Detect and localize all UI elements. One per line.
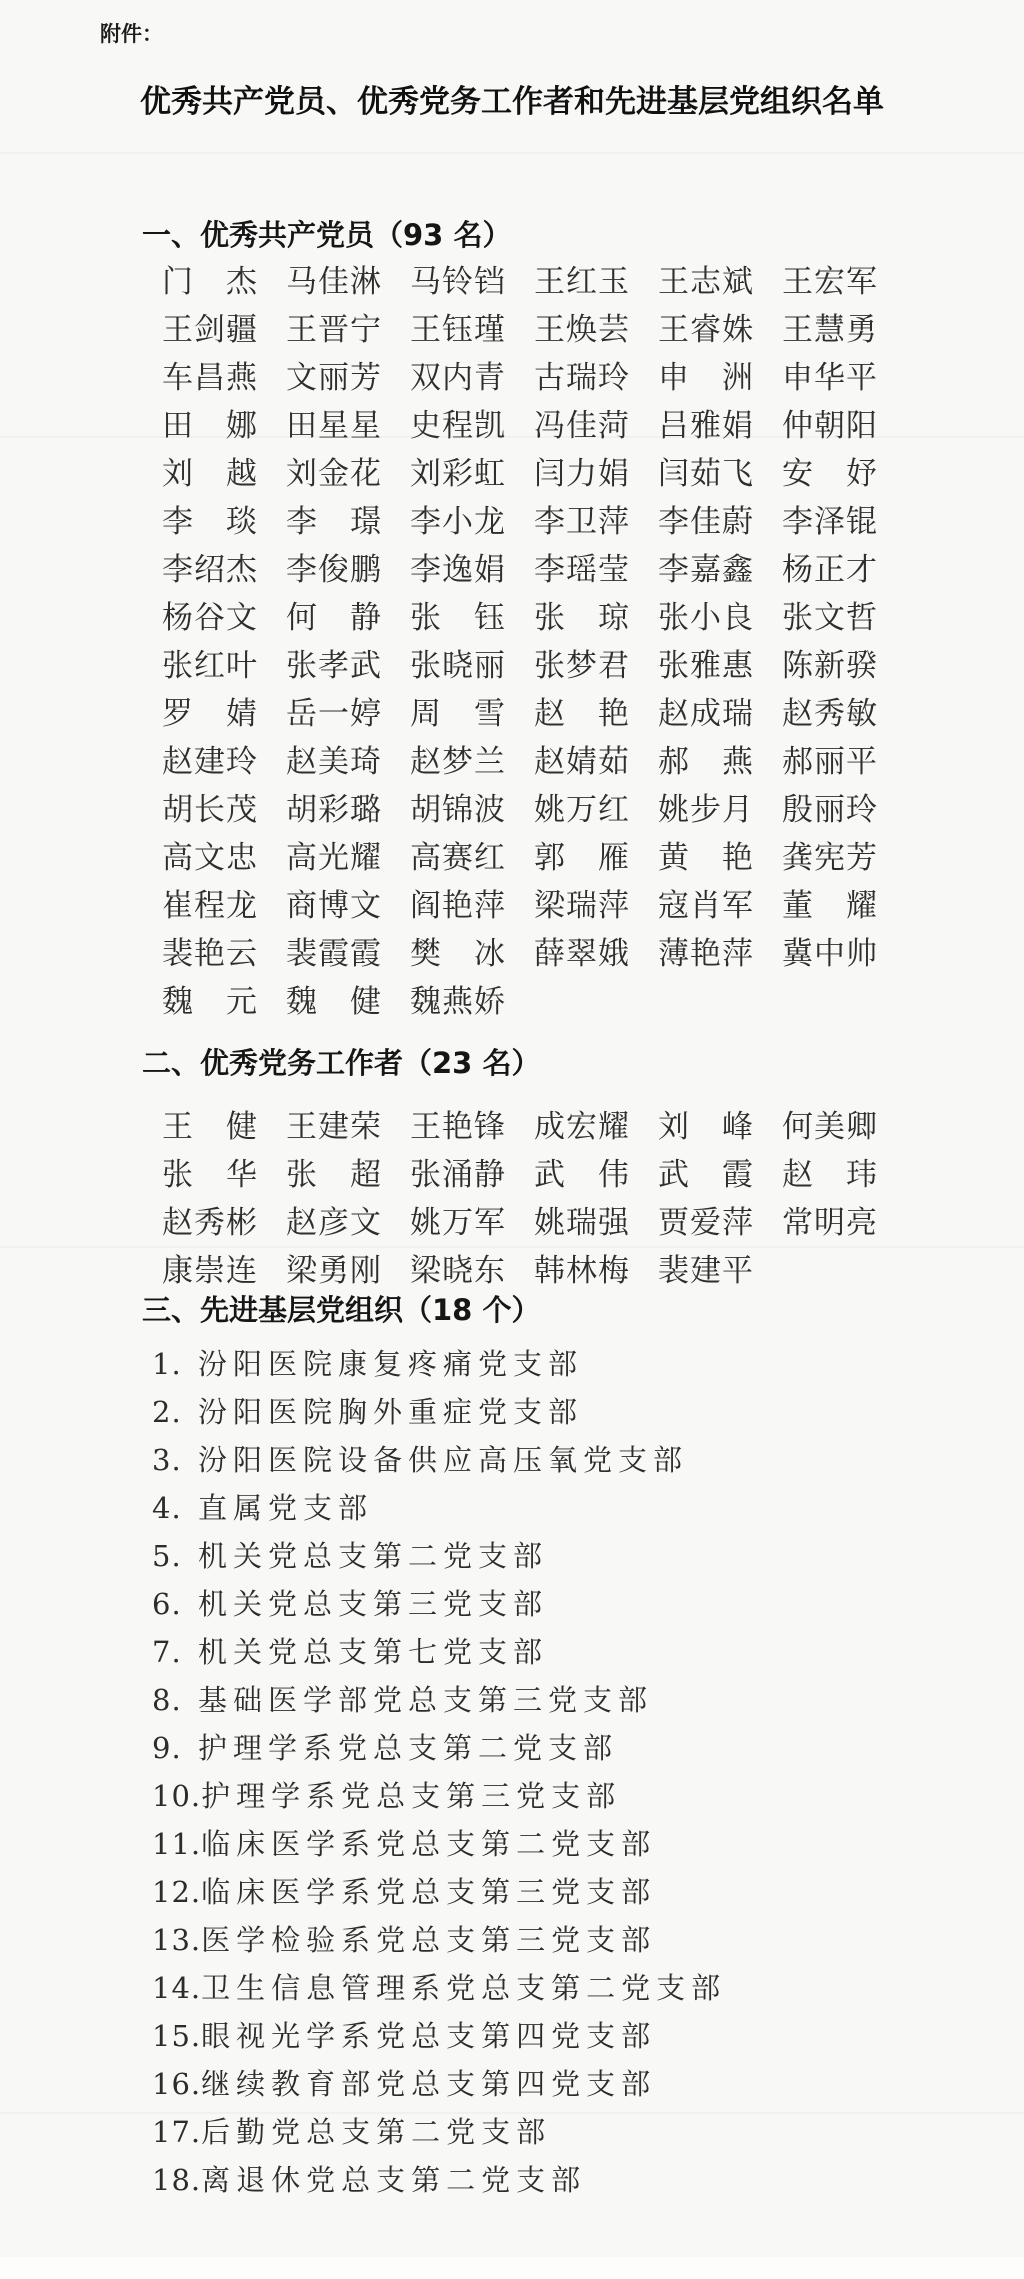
section-advanced-grassroots-orgs: 三、先进基层党组织（18 个） 1.汾阳医院康复疼痛党支部2.汾阳医院胸外重症党… bbox=[0, 1294, 1024, 2197]
org-list-item: 14.卫生信息管理系党总支第二党支部 bbox=[152, 1972, 1024, 2005]
member-name: 赵美琦 bbox=[286, 746, 388, 779]
member-name: 赵 艳 bbox=[534, 698, 636, 731]
org-list-item: 8.基础医学部党总支第三党支部 bbox=[152, 1684, 1024, 1717]
worker-name: 王建荣 bbox=[286, 1111, 388, 1144]
member-name: 申 洲 bbox=[658, 362, 760, 395]
member-name: 阎艳萍 bbox=[410, 890, 512, 923]
member-name: 张晓丽 bbox=[410, 650, 512, 683]
member-name: 张雅惠 bbox=[658, 650, 760, 683]
member-name: 闫茹飞 bbox=[658, 458, 760, 491]
worker-name: 贾爱萍 bbox=[658, 1207, 760, 1240]
member-name: 高光耀 bbox=[286, 842, 388, 875]
member-name: 王宏军 bbox=[782, 266, 884, 299]
member-name: 崔程龙 bbox=[162, 890, 264, 923]
member-name: 李卫萍 bbox=[534, 506, 636, 539]
page-title: 优秀共产党员、优秀党务工作者和先进基层党组织名单 bbox=[0, 76, 1024, 121]
org-item-number: 14. bbox=[152, 1972, 201, 2005]
worker-name: 张涌静 bbox=[410, 1159, 512, 1192]
member-name: 冀中帅 bbox=[782, 938, 884, 971]
org-item-name: 汾阳医院康复疼痛党支部 bbox=[198, 1347, 583, 1381]
member-name: 罗 婧 bbox=[162, 698, 264, 731]
org-item-number: 15. bbox=[152, 2020, 201, 2053]
org-item-number: 2. bbox=[152, 1396, 198, 1429]
org-item-number: 1. bbox=[152, 1348, 198, 1381]
worker-name: 武 伟 bbox=[534, 1159, 636, 1192]
org-item-number: 9. bbox=[152, 1732, 198, 1765]
org-list-item: 5.机关党总支第二党支部 bbox=[152, 1540, 1024, 1573]
worker-name: 张 超 bbox=[286, 1159, 388, 1192]
worker-name: 成宏耀 bbox=[534, 1111, 636, 1144]
member-name: 张 钰 bbox=[410, 602, 512, 635]
member-name: 王志斌 bbox=[658, 266, 760, 299]
member-name: 门 杰 bbox=[162, 266, 264, 299]
member-name: 李 璟 bbox=[286, 506, 388, 539]
member-name: 赵梦兰 bbox=[410, 746, 512, 779]
member-name: 李泽锟 bbox=[782, 506, 884, 539]
member-name: 马佳淋 bbox=[286, 266, 388, 299]
member-name: 周 雪 bbox=[410, 698, 512, 731]
org-item-number: 17. bbox=[152, 2116, 201, 2149]
worker-name: 何美卿 bbox=[782, 1111, 884, 1144]
org-item-name: 临床医学系党总支第二党支部 bbox=[201, 1827, 656, 1861]
org-list-item: 18.离退休党总支第二党支部 bbox=[152, 2164, 1024, 2197]
member-name: 文丽芳 bbox=[286, 362, 388, 395]
member-name: 张孝武 bbox=[286, 650, 388, 683]
org-item-name: 眼视光学系党总支第四党支部 bbox=[201, 2019, 656, 2053]
org-item-number: 13. bbox=[152, 1924, 201, 1957]
worker-name: 常明亮 bbox=[782, 1207, 884, 1240]
worker-name: 裴建平 bbox=[658, 1255, 760, 1288]
worker-name: 姚万军 bbox=[410, 1207, 512, 1240]
member-name: 郝丽平 bbox=[782, 746, 884, 779]
member-name: 张 琼 bbox=[534, 602, 636, 635]
member-name: 王钰瑾 bbox=[410, 314, 512, 347]
member-name: 张红叶 bbox=[162, 650, 264, 683]
org-list-item: 1.汾阳医院康复疼痛党支部 bbox=[152, 1348, 1024, 1381]
org-item-number: 6. bbox=[152, 1588, 198, 1621]
member-name: 王红玉 bbox=[534, 266, 636, 299]
member-name: 梁瑞萍 bbox=[534, 890, 636, 923]
member-name: 李俊鹏 bbox=[286, 554, 388, 587]
member-name: 马铃铛 bbox=[410, 266, 512, 299]
member-name: 薛翠娥 bbox=[534, 938, 636, 971]
member-name: 安 妤 bbox=[782, 458, 884, 491]
member-name: 张梦君 bbox=[534, 650, 636, 683]
member-name: 王晋宁 bbox=[286, 314, 388, 347]
member-name: 高文忠 bbox=[162, 842, 264, 875]
member-name: 樊 冰 bbox=[410, 938, 512, 971]
org-item-name: 后勤党总支第二党支部 bbox=[201, 2115, 551, 2149]
org-item-name: 离退休党总支第二党支部 bbox=[201, 2163, 586, 2197]
member-name: 李小龙 bbox=[410, 506, 512, 539]
member-name: 郭 雁 bbox=[534, 842, 636, 875]
org-item-number: 11. bbox=[152, 1828, 201, 1861]
org-item-name: 汾阳医院胸外重症党支部 bbox=[198, 1395, 583, 1429]
org-item-number: 8. bbox=[152, 1684, 198, 1717]
member-name: 胡彩璐 bbox=[286, 794, 388, 827]
worker-name: 梁勇刚 bbox=[286, 1255, 388, 1288]
org-list-item: 3.汾阳医院设备供应高压氧党支部 bbox=[152, 1444, 1024, 1477]
org-item-name: 基础医学部党总支第三党支部 bbox=[198, 1683, 653, 1717]
org-item-number: 3. bbox=[152, 1444, 198, 1477]
org-item-number: 18. bbox=[152, 2164, 201, 2197]
attachment-label: 附件： bbox=[0, 0, 1024, 48]
worker-name: 张 华 bbox=[162, 1159, 264, 1192]
org-item-number: 4. bbox=[152, 1492, 198, 1525]
org-list-item: 4.直属党支部 bbox=[152, 1492, 1024, 1525]
member-name: 赵秀敏 bbox=[782, 698, 884, 731]
document-page: { "page": { "attachment_label": "附件：", "… bbox=[0, 0, 1024, 2279]
worker-name: 韩林梅 bbox=[534, 1255, 636, 1288]
member-name: 刘 越 bbox=[162, 458, 264, 491]
org-list-item: 9.护理学系党总支第二党支部 bbox=[152, 1732, 1024, 1765]
org-list-item: 11.临床医学系党总支第二党支部 bbox=[152, 1828, 1024, 1861]
member-name: 王慧勇 bbox=[782, 314, 884, 347]
org-item-number: 16. bbox=[152, 2068, 201, 2101]
org-item-number: 5. bbox=[152, 1540, 198, 1573]
org-item-number: 7. bbox=[152, 1636, 198, 1669]
member-name: 吕雅娟 bbox=[658, 410, 760, 443]
member-name: 冯佳菏 bbox=[534, 410, 636, 443]
org-item-name: 继续教育部党总支第四党支部 bbox=[201, 2067, 656, 2101]
member-name: 何 静 bbox=[286, 602, 388, 635]
org-item-name: 卫生信息管理系党总支第二党支部 bbox=[201, 1971, 726, 2005]
org-item-name: 机关党总支第三党支部 bbox=[198, 1587, 548, 1621]
member-name: 王睿姝 bbox=[658, 314, 760, 347]
member-name: 李佳蔚 bbox=[658, 506, 760, 539]
member-name: 李 琰 bbox=[162, 506, 264, 539]
member-name-grid: 门 杰马佳淋马铃铛王红玉王志斌王宏军王剑疆王晋宁王钰瑾王焕芸王睿姝王慧勇车昌燕文… bbox=[162, 266, 1024, 1019]
org-list-item: 15.眼视光学系党总支第四党支部 bbox=[152, 2020, 1024, 2053]
member-name: 裴霞霞 bbox=[286, 938, 388, 971]
worker-name: 梁晓东 bbox=[410, 1255, 512, 1288]
org-list-item: 12.临床医学系党总支第三党支部 bbox=[152, 1876, 1024, 1909]
member-name: 仲朝阳 bbox=[782, 410, 884, 443]
org-item-name: 直属党支部 bbox=[198, 1491, 373, 1525]
member-name: 姚步月 bbox=[658, 794, 760, 827]
member-name: 杨正才 bbox=[782, 554, 884, 587]
org-list-item: 10.护理学系党总支第三党支部 bbox=[152, 1780, 1024, 1813]
org-item-number: 12. bbox=[152, 1876, 201, 1909]
member-name: 殷丽玲 bbox=[782, 794, 884, 827]
worker-name: 刘 峰 bbox=[658, 1111, 760, 1144]
org-item-number: 10. bbox=[152, 1780, 201, 1813]
member-name: 车昌燕 bbox=[162, 362, 264, 395]
section-1-heading: 一、优秀共产党员（93 名） bbox=[142, 219, 1024, 251]
member-name: 赵婧茹 bbox=[534, 746, 636, 779]
org-item-name: 汾阳医院设备供应高压氧党支部 bbox=[198, 1443, 688, 1477]
member-name: 杨谷文 bbox=[162, 602, 264, 635]
member-name: 李瑶莹 bbox=[534, 554, 636, 587]
org-item-name: 机关党总支第七党支部 bbox=[198, 1635, 548, 1669]
member-name: 郝 燕 bbox=[658, 746, 760, 779]
org-item-name: 临床医学系党总支第三党支部 bbox=[201, 1875, 656, 1909]
org-list-item: 17.后勤党总支第二党支部 bbox=[152, 2116, 1024, 2149]
org-list-item: 13.医学检验系党总支第三党支部 bbox=[152, 1924, 1024, 1957]
member-name: 胡长茂 bbox=[162, 794, 264, 827]
member-name: 岳一婷 bbox=[286, 698, 388, 731]
member-name: 田 娜 bbox=[162, 410, 264, 443]
worker-name: 赵彦文 bbox=[286, 1207, 388, 1240]
org-list-item: 6.机关党总支第三党支部 bbox=[152, 1588, 1024, 1621]
worker-name: 武 霞 bbox=[658, 1159, 760, 1192]
org-list-item: 7.机关党总支第七党支部 bbox=[152, 1636, 1024, 1669]
member-name: 胡锦波 bbox=[410, 794, 512, 827]
member-name: 申华平 bbox=[782, 362, 884, 395]
org-item-name: 护理学系党总支第三党支部 bbox=[201, 1779, 621, 1813]
member-name: 赵成瑞 bbox=[658, 698, 760, 731]
member-name: 闫力娟 bbox=[534, 458, 636, 491]
member-name: 王焕芸 bbox=[534, 314, 636, 347]
member-name: 龚宪芳 bbox=[782, 842, 884, 875]
member-name: 董 耀 bbox=[782, 890, 884, 923]
scan-artifact-line bbox=[0, 152, 1024, 154]
member-name: 田星星 bbox=[286, 410, 388, 443]
worker-name: 赵秀彬 bbox=[162, 1207, 264, 1240]
member-name: 黄 艳 bbox=[658, 842, 760, 875]
worker-name: 姚瑞强 bbox=[534, 1207, 636, 1240]
section-outstanding-party-workers: 二、优秀党务工作者（23 名） 王 健王建荣王艳锋成宏耀刘 峰何美卿张 华张 超… bbox=[0, 1047, 1024, 1288]
member-name: 赵建玲 bbox=[162, 746, 264, 779]
worker-name: 赵 玮 bbox=[782, 1159, 884, 1192]
member-name: 高赛红 bbox=[410, 842, 512, 875]
member-name: 古瑞玲 bbox=[534, 362, 636, 395]
member-name: 商博文 bbox=[286, 890, 388, 923]
member-name: 王剑疆 bbox=[162, 314, 264, 347]
member-name: 薄艳萍 bbox=[658, 938, 760, 971]
org-item-name: 护理学系党总支第二党支部 bbox=[198, 1731, 618, 1765]
member-name: 魏燕娇 bbox=[410, 986, 512, 1019]
worker-name: 王艳锋 bbox=[410, 1111, 512, 1144]
org-item-name: 机关党总支第二党支部 bbox=[198, 1539, 548, 1573]
member-name: 寇肖军 bbox=[658, 890, 760, 923]
worker-name-grid: 王 健王建荣王艳锋成宏耀刘 峰何美卿张 华张 超张涌静武 伟武 霞赵 玮赵秀彬赵… bbox=[162, 1111, 1024, 1288]
member-name: 张文哲 bbox=[782, 602, 884, 635]
section-2-heading: 二、优秀党务工作者（23 名） bbox=[142, 1047, 1024, 1079]
member-name: 陈新骙 bbox=[782, 650, 884, 683]
member-name: 刘金花 bbox=[286, 458, 388, 491]
member-name: 张小良 bbox=[658, 602, 760, 635]
member-name: 李逸娟 bbox=[410, 554, 512, 587]
section-outstanding-party-members: 一、优秀共产党员（93 名） 门 杰马佳淋马铃铛王红玉王志斌王宏军王剑疆王晋宁王… bbox=[0, 219, 1024, 1019]
member-name: 裴艳云 bbox=[162, 938, 264, 971]
org-list-item: 16.继续教育部党总支第四党支部 bbox=[152, 2068, 1024, 2101]
scan-artifact-band bbox=[0, 2257, 1024, 2279]
org-list-item: 2.汾阳医院胸外重症党支部 bbox=[152, 1396, 1024, 1429]
member-name: 李绍杰 bbox=[162, 554, 264, 587]
section-3-heading: 三、先进基层党组织（18 个） bbox=[142, 1294, 1024, 1326]
worker-name: 康崇连 bbox=[162, 1255, 264, 1288]
member-name: 李嘉鑫 bbox=[658, 554, 760, 587]
member-name: 魏 元 bbox=[162, 986, 264, 1019]
member-name: 史程凯 bbox=[410, 410, 512, 443]
worker-name: 王 健 bbox=[162, 1111, 264, 1144]
org-list: 1.汾阳医院康复疼痛党支部2.汾阳医院胸外重症党支部3.汾阳医院设备供应高压氧党… bbox=[152, 1348, 1024, 2197]
member-name: 姚万红 bbox=[534, 794, 636, 827]
member-name: 刘彩虹 bbox=[410, 458, 512, 491]
org-item-name: 医学检验系党总支第三党支部 bbox=[201, 1923, 656, 1957]
member-name: 双内青 bbox=[410, 362, 512, 395]
member-name: 魏 健 bbox=[286, 986, 388, 1019]
